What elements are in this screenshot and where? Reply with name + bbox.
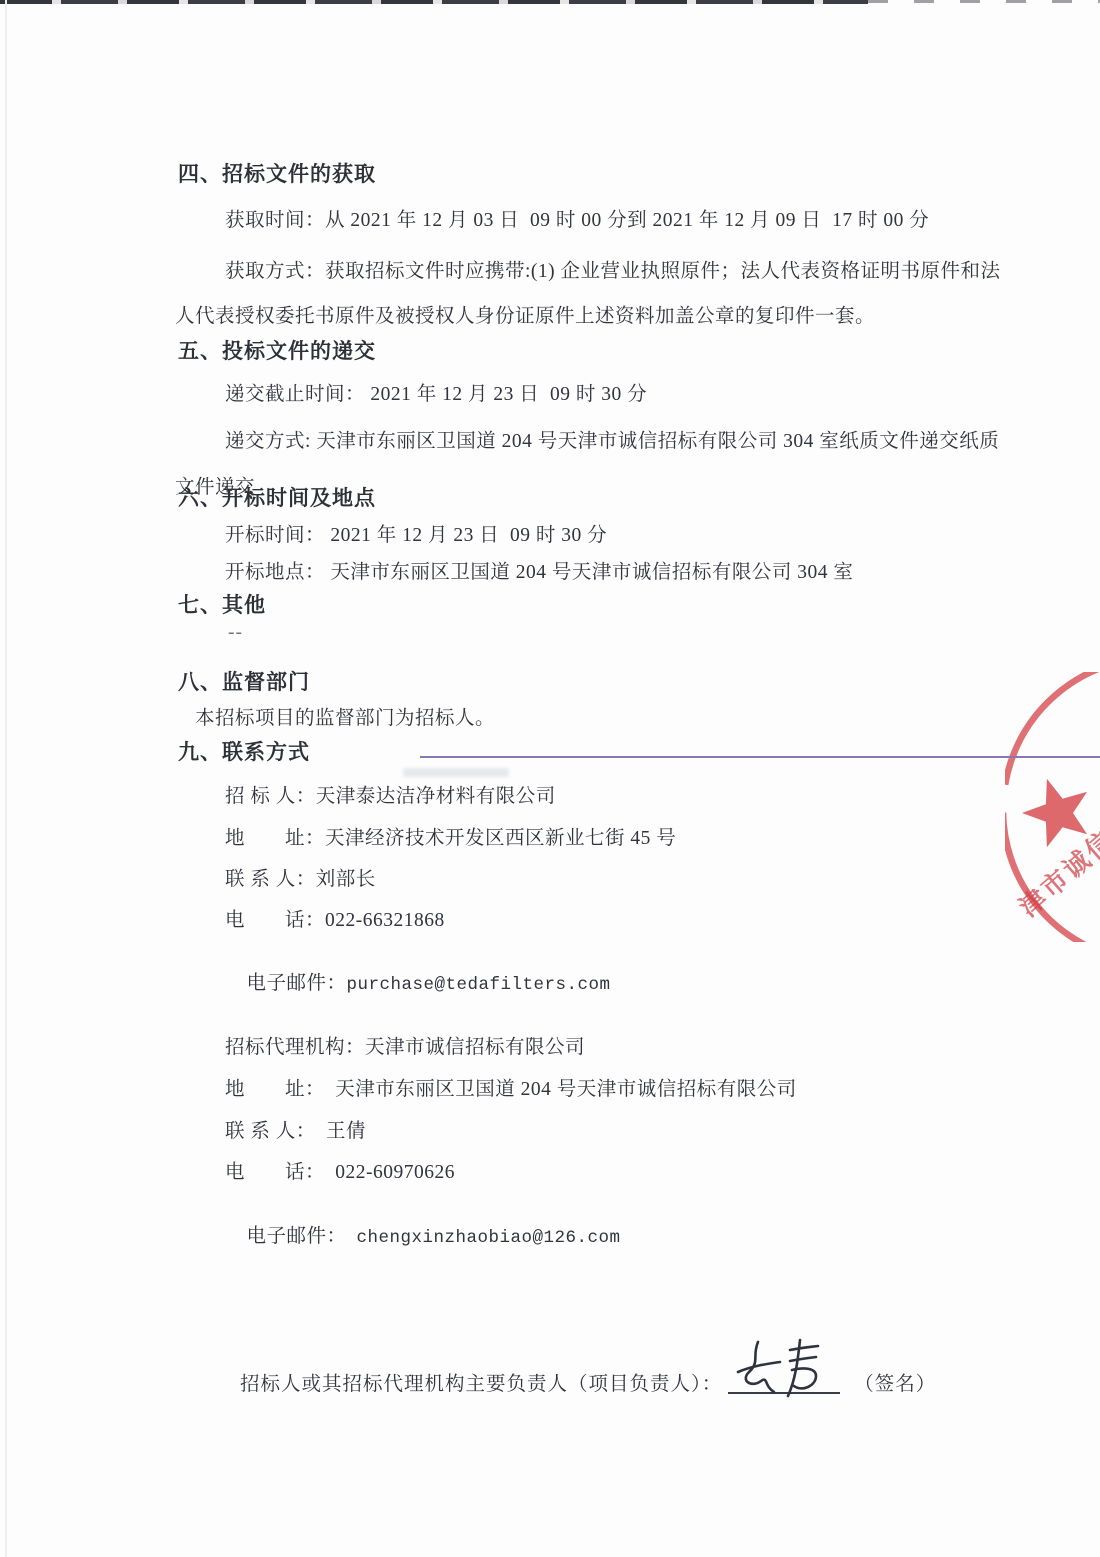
section7-dash: -- [228,622,243,644]
agency-email-value: chengxinzhaobiao@126.com [357,1228,621,1248]
scan-edge-artifact [5,0,7,1557]
sign-label: （签名） [854,1368,936,1396]
tenderer-email-label: 电子邮件： [247,973,347,994]
tenderer-email-value: purchase@tedafilters.com [347,975,611,995]
tenderer-phone-row: 电 话：022-66321868 [225,904,445,932]
tenderer-contact-person-row: 联 系 人：刘部长 [225,863,376,891]
agency-contact-person-row: 联 系 人： 王倩 [225,1115,366,1143]
section-heading-8: 八、监督部门 [178,666,310,696]
signature-handwriting [728,1336,840,1398]
signature-lead-text: 招标人或其招标代理机构主要负责人（项目负责人）： [240,1368,722,1396]
scan-edge-artifact [0,0,868,4]
scan-edge-artifact [868,0,1100,3]
agency-address-row: 地 址： 天津市东丽区卫国道 204 号天津市诚信招标有限公司 [225,1073,797,1101]
agency-email-row: 电子邮件：chengxinzhaobiao@126.com [225,1198,621,1270]
agency-phone-row: 电 话： 022-60970626 [225,1156,455,1184]
section-heading-9: 九、联系方式 [178,736,310,766]
agency-email-label: 电子邮件： [247,1226,347,1247]
section8-supervision-line: 本招标项目的监督部门为招标人。 [195,702,495,730]
scan-smudge [403,768,509,777]
section-heading-6: 六、开标时间及地点 [178,482,376,512]
tenderer-email-row: 电子邮件：purchase@tedafilters.com [225,945,611,1017]
section4-time-line: 获取时间：从 2021 年 12 月 03 日 09 时 00 分到 2021 … [225,204,929,232]
horizontal-rule [420,756,1100,758]
tenderer-name-row: 招 标 人：天津泰达洁净材料有限公司 [225,780,556,808]
section5-deadline-line: 递交截止时间： 2021 年 12 月 23 日 09 时 30 分 [225,378,647,406]
section4-method-paragraph: 获取方式：获取招标文件时应携带:(1) 企业营业执照原件；法人代表资格证明书原件… [175,249,1015,339]
signature-line: 王倩 [728,1366,840,1394]
red-star-icon [1022,779,1087,847]
section-heading-4: 四、招标文件的获取 [178,158,376,188]
official-seal-stamp: 津市诚信 [1005,672,1100,942]
section6-place-line: 开标地点： 天津市东丽区卫国道 204 号天津市诚信招标有限公司 304 室 [225,556,853,584]
document-page: 四、招标文件的获取 获取时间：从 2021 年 12 月 03 日 09 时 0… [0,0,1100,1557]
seal-visible-text: 津市诚信 [1013,824,1100,923]
tenderer-address-row: 地 址：天津经济技术开发区西区新业七街 45 号 [225,822,676,850]
section-heading-5: 五、投标文件的递交 [178,335,376,365]
section6-time-line: 开标时间： 2021 年 12 月 23 日 09 时 30 分 [225,519,607,547]
section-heading-7: 七、其他 [178,589,266,619]
agency-name-row: 招标代理机构：天津市诚信招标有限公司 [225,1031,585,1059]
signature-row: 招标人或其招标代理机构主要负责人（项目负责人）： 王倩（签名） [240,1366,936,1396]
